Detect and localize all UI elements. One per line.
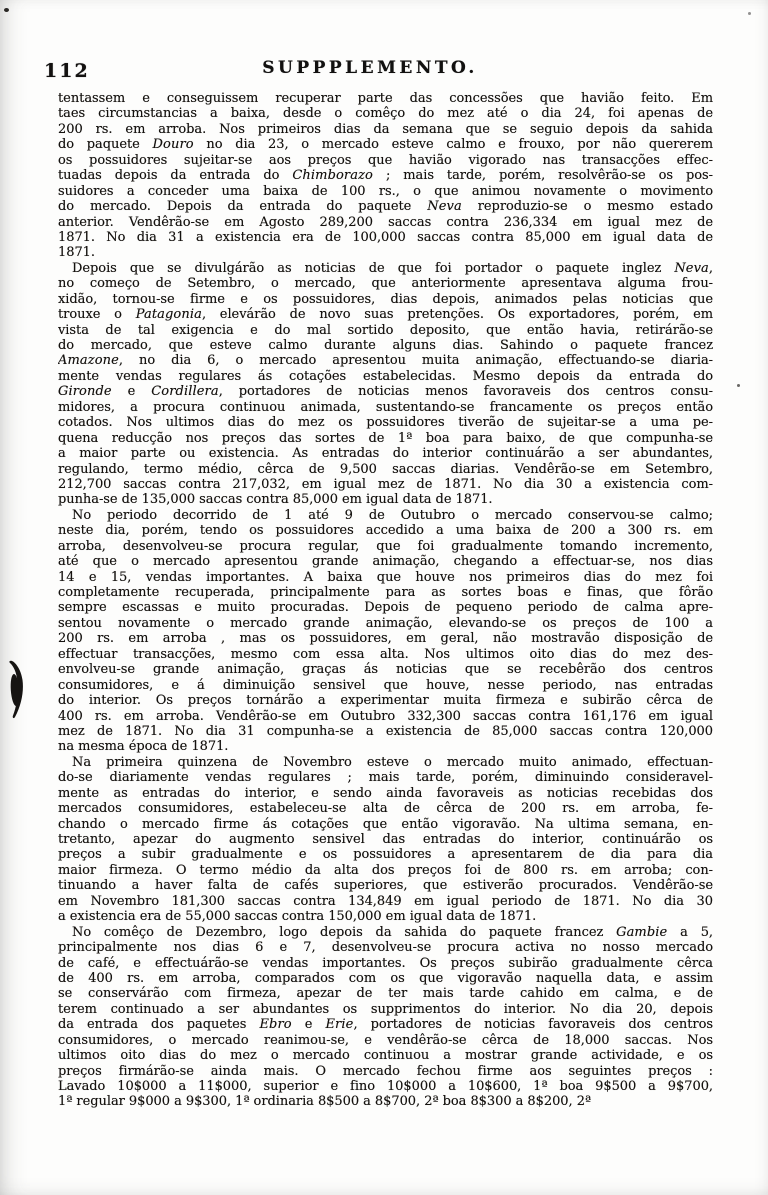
text-line: tinuando a haver falta de cafés superior…: [58, 878, 713, 893]
text-line: effectuar transacções, mesmo com essa al…: [58, 647, 713, 662]
text-line: até que o mercado apresentou grande anim…: [58, 554, 713, 569]
text-line: anterior. Vendêrão-se em Agosto 289,200 …: [58, 215, 713, 230]
text-line: 1ª regular 9$000 a 9$300, 1ª ordinaria 8…: [58, 1094, 713, 1109]
text-line: tuadas depois da entrada do Chimborazo ;…: [58, 168, 713, 183]
text-line: na mesma época de 1871.: [58, 739, 713, 754]
page-header: 112 SUPPPLEMENTO.: [0, 58, 768, 86]
text-line: do paquete Douro no dia 23, o mercado es…: [58, 137, 713, 152]
text-line: de 400 rs. em arroba, comparados com os …: [58, 971, 713, 986]
text-line: 1871. No dia 31 a existencia era de 100,…: [58, 230, 713, 245]
text-line: xidão, tornou-se firme e os possuidores,…: [58, 292, 713, 307]
text-line: do-se diariamente vendas regulares ; mai…: [58, 770, 713, 785]
text-line: mercados consumidores, estabeleceu-se al…: [58, 801, 713, 816]
text-line: cotados. Nos ultimos dias do mez os poss…: [58, 415, 713, 430]
paragraph: Na primeira quinzena de Novembro esteve …: [58, 755, 713, 925]
text-line: se conservárão com firmeza, apezar de te…: [58, 986, 713, 1001]
text-line: trouxe o Patagonia, elevárão de novo sua…: [58, 307, 713, 322]
text-line: 200 rs. em arroba , mas os possuidores, …: [58, 631, 713, 646]
text-line: do mercado, que esteve calmo durante alg…: [58, 338, 713, 353]
text-line: Lavado 10$000 a 11$000, superior e fino …: [58, 1079, 713, 1094]
text-line: a maior parte ou existencia. As entradas…: [58, 446, 713, 461]
text-line: sentou novamente o mercado grande animaç…: [58, 616, 713, 631]
text-block: tentassem e conseguissem recuperar parte…: [58, 91, 713, 1110]
text-line: quena reducção nos preços das sortes de …: [58, 431, 713, 446]
paragraph: tentassem e conseguissem recuperar parte…: [58, 91, 713, 261]
text-line: envolveu-se grande animação, graças ás n…: [58, 662, 713, 677]
text-line: consumidores, o mercado reanimou-se, e v…: [58, 1033, 713, 1048]
text-line: neste dia, porém, tendo os possuidores a…: [58, 523, 713, 538]
text-line: maior firmeza. O termo médio da alta dos…: [58, 863, 713, 878]
text-line: No periodo decorrido de 1 até 9 de Outub…: [58, 508, 713, 523]
text-line: midores, a procura continuou animada, su…: [58, 400, 713, 415]
text-line: suidores a conceder uma baixa de 100 rs.…: [58, 184, 713, 199]
ink-speck: [4, 8, 9, 12]
text-line: mente vendas regulares ás cotações estab…: [58, 369, 713, 384]
paragraph: Depois que se divulgárão as noticias de …: [58, 261, 713, 508]
paragraph: No periodo decorrido de 1 até 9 de Outub…: [58, 508, 713, 755]
text-line: a existencia era de 55,000 saccas contra…: [58, 909, 713, 924]
text-line: os possuidores sujeitar-se aos preços qu…: [58, 153, 713, 168]
text-line: terem continuado a ser abundantes os sup…: [58, 1002, 713, 1017]
scanned-page: 112 SUPPPLEMENTO. tentassem e conseguiss…: [0, 0, 768, 1195]
text-line: mente as entradas do interior, e sendo a…: [58, 786, 713, 801]
text-line: da entrada dos paquetes Ebro e Erie, por…: [58, 1017, 713, 1032]
text-line: punha-se de 135,000 saccas contra 85,000…: [58, 492, 713, 507]
page-title: SUPPPLEMENTO.: [0, 58, 740, 78]
text-line: No comêço de Dezembro, logo depois da sa…: [58, 925, 713, 940]
text-line: 1871.: [58, 245, 713, 260]
text-line: vista de tal exigencia e do mal sortido …: [58, 323, 713, 338]
text-line: 14 e 15, vendas importantes. A baixa que…: [58, 570, 713, 585]
text-line: do mercado. Depois da entrada do paquete…: [58, 199, 713, 214]
text-line: do interior. Os preços tornárão a experi…: [58, 693, 713, 708]
text-line: chando o mercado firme ás cotações que e…: [58, 817, 713, 832]
text-line: 212,700 saccas contra 217,032, em igual …: [58, 477, 713, 492]
text-line: tentassem e conseguissem recuperar parte…: [58, 91, 713, 106]
text-line: Depois que se divulgárão as noticias de …: [58, 261, 713, 276]
text-line: taes circumstancias a baixa, desde o com…: [58, 106, 713, 121]
text-line: consumidores, e á diminuição sensivel qu…: [58, 678, 713, 693]
paragraph: No comêço de Dezembro, logo depois da sa…: [58, 925, 713, 1110]
text-line: Amazone, no dia 6, o mercado apresentou …: [58, 353, 713, 368]
text-line: 200 rs. em arroba. Nos primeiros dias da…: [58, 122, 713, 137]
text-line: tretanto, apezar do augmento sensivel da…: [58, 832, 713, 847]
text-line: preços a subir gradualmente e os possuid…: [58, 847, 713, 862]
text-line: 400 rs. em arroba. Vendêrão-se em Outubr…: [58, 709, 713, 724]
text-line: sempre escassas e muito procuradas. Depo…: [58, 600, 713, 615]
text-line: principalmente nos dias 6 e 7, desenvolv…: [58, 940, 713, 955]
text-line: Gironde e Cordillera, portadores de noti…: [58, 384, 713, 399]
text-line: completamente recuperada, principalmente…: [58, 585, 713, 600]
ink-blot: [9, 660, 29, 722]
text-line: no começo de Setembro, o mercado, que an…: [58, 276, 713, 291]
text-line: ultimos oito dias do mez o mercado conti…: [58, 1048, 713, 1063]
ink-speck: [737, 384, 740, 387]
text-line: Na primeira quinzena de Novembro esteve …: [58, 755, 713, 770]
text-line: mez de 1871. No dia 31 compunha-se a exi…: [58, 724, 713, 739]
text-line: arroba, desenvolveu-se procura regular, …: [58, 539, 713, 554]
ink-speck: [748, 12, 751, 15]
text-line: em Novembro 181,300 saccas contra 134,84…: [58, 894, 713, 909]
text-line: regulando, termo médio, cêrca de 9,500 s…: [58, 462, 713, 477]
text-line: de café, e effectuárão-se vendas importa…: [58, 956, 713, 971]
text-line: preços firmárão-se ainda mais. O mercado…: [58, 1064, 713, 1079]
